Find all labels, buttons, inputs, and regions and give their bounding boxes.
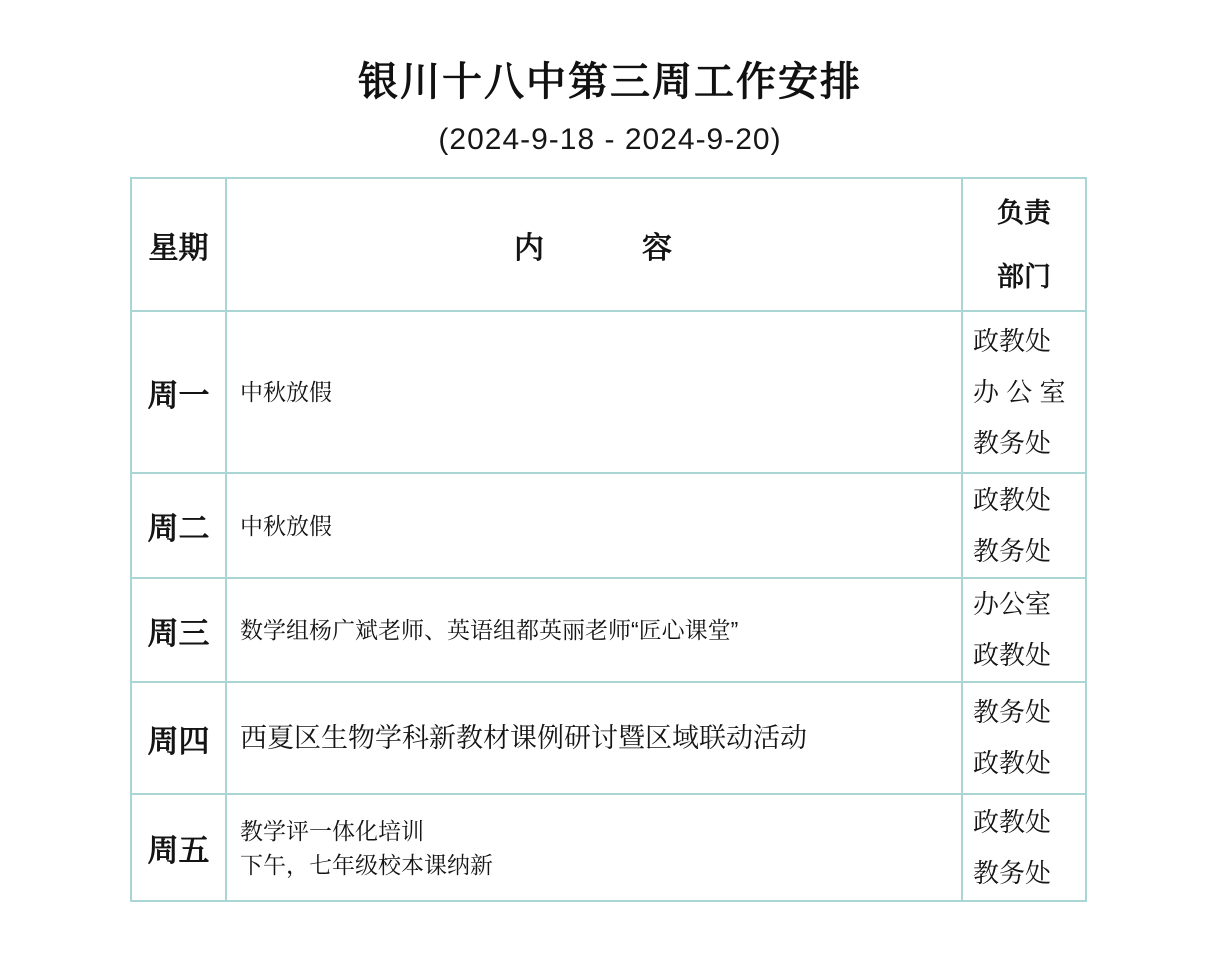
department-cell-thursday: 教务处 政教处 (962, 682, 1086, 794)
header-content: 内 容 (226, 178, 962, 311)
department-line: 教务处 (973, 848, 1085, 899)
day-label-thursday: 周四 (131, 682, 226, 794)
table-row: 周二 中秋放假 政教处 教务处 (131, 473, 1086, 578)
weekly-schedule-table: 星期 内 容 负责 部门 周一 中秋放假 政教处 办 公 室 教务处 周二 中秋… (130, 177, 1087, 902)
day-label-wednesday: 周三 (131, 578, 226, 682)
content-line: 中秋放假 (240, 375, 953, 409)
content-cell-wednesday: 数学组杨广斌老师、英语组都英丽老师“匠心课堂” (226, 578, 962, 682)
table-row: 周五 教学评一体化培训 下午，七年级校本课纳新 政教处 教务处 (131, 794, 1086, 901)
table-row: 周一 中秋放假 政教处 办 公 室 教务处 (131, 311, 1086, 473)
day-label-monday: 周一 (131, 311, 226, 473)
table-header-row: 星期 内 容 负责 部门 (131, 178, 1086, 311)
header-department-line1: 负责 (963, 181, 1085, 245)
page-subtitle-date-range: (2024-9-18 - 2024-9-20) (0, 123, 1220, 157)
department-line: 政教处 (973, 316, 1085, 367)
content-cell-friday: 教学评一体化培训 下午，七年级校本课纳新 (226, 794, 962, 901)
content-line: 中秋放假 (240, 509, 953, 543)
header-day: 星期 (131, 178, 226, 311)
department-line: 政教处 (973, 475, 1085, 526)
department-line: 教务处 (973, 418, 1085, 469)
department-cell-wednesday: 办公室 政教处 (962, 578, 1086, 682)
day-label-tuesday: 周二 (131, 473, 226, 578)
department-line: 政教处 (973, 797, 1085, 848)
department-cell-tuesday: 政教处 教务处 (962, 473, 1086, 578)
department-cell-friday: 政教处 教务处 (962, 794, 1086, 901)
header-department: 负责 部门 (962, 178, 1086, 311)
department-line: 办公室 (973, 579, 1085, 630)
department-line: 教务处 (973, 687, 1085, 738)
header-department-line2: 部门 (963, 245, 1085, 309)
content-line: 西夏区生物学科新教材课例研讨暨区域联动活动 (240, 721, 953, 755)
department-line: 办 公 室 (973, 367, 1085, 418)
department-cell-monday: 政教处 办 公 室 教务处 (962, 311, 1086, 473)
table-row: 周三 数学组杨广斌老师、英语组都英丽老师“匠心课堂” 办公室 政教处 (131, 578, 1086, 682)
department-line: 政教处 (973, 738, 1085, 789)
content-cell-thursday: 西夏区生物学科新教材课例研讨暨区域联动活动 (226, 682, 962, 794)
content-cell-tuesday: 中秋放假 (226, 473, 962, 578)
content-line: 教学评一体化培训 (240, 814, 953, 848)
day-label-friday: 周五 (131, 794, 226, 901)
department-line: 政教处 (973, 630, 1085, 681)
content-cell-monday: 中秋放假 (226, 311, 962, 473)
content-line: 下午，七年级校本课纳新 (240, 848, 953, 882)
table-row: 周四 西夏区生物学科新教材课例研讨暨区域联动活动 教务处 政教处 (131, 682, 1086, 794)
content-line: 数学组杨广斌老师、英语组都英丽老师“匠心课堂” (240, 613, 953, 647)
department-line: 教务处 (973, 526, 1085, 577)
page-title: 银川十八中第三周工作安排 (0, 50, 1220, 107)
